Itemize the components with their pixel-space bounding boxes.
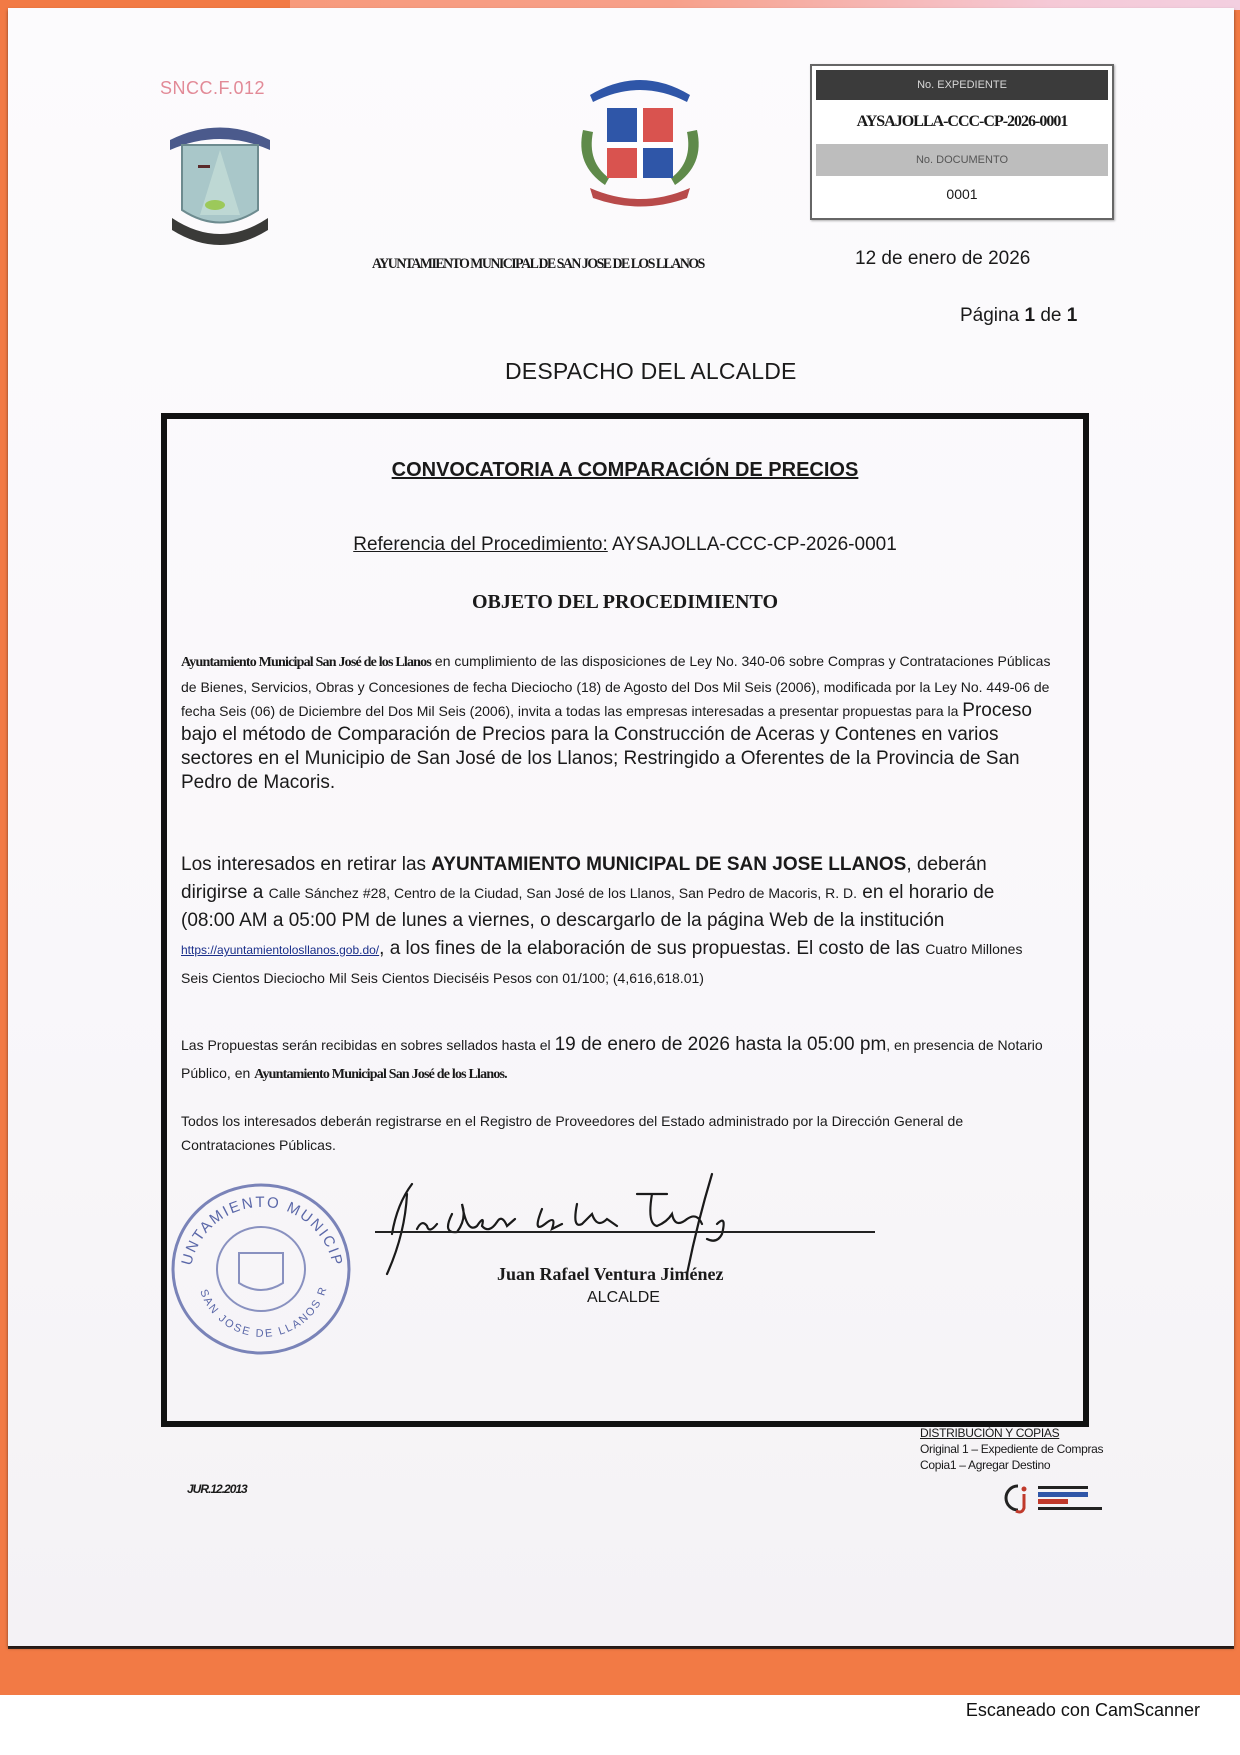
- paragraph-objeto: Ayuntamiento Municipal San José de los L…: [181, 649, 1051, 795]
- address: Calle Sánchez #28, Centro de la Ciudad, …: [269, 885, 857, 901]
- page-prefix: Página: [960, 305, 1019, 326]
- page-current: 1: [1024, 305, 1035, 326]
- svg-text:AYUNTAMIENTO MUNICIPAL: AYUNTAMIENTO MUNICIPAL: [161, 1157, 346, 1268]
- signer-name: Juan Rafael Ventura Jiménez: [497, 1264, 724, 1285]
- municipal-seal-stamp-icon: AYUNTAMIENTO MUNICIPAL DE SAN JOSE DE LL…: [161, 1157, 361, 1357]
- page-number: Página 1 de 1: [960, 305, 1077, 327]
- signature-line: [375, 1231, 875, 1233]
- text: Las Propuestas serán recibidas en sobres…: [181, 1037, 555, 1053]
- website-link[interactable]: https://ayuntamientolosllanos.gob.do/: [181, 943, 379, 957]
- text: , a los fines de la elaboración de sus p…: [379, 938, 925, 959]
- reference-label: Referencia del Procedimiento:: [353, 534, 608, 555]
- expediente-label: No. EXPEDIENTE: [816, 70, 1108, 100]
- procedure-reference: Referencia del Procedimiento: AYSAJOLLA-…: [167, 534, 1083, 556]
- distribution-heading: DISTRIBUCIÓN Y COPIAS: [920, 1425, 1103, 1441]
- institution-name: AYUNTAMIENTO MUNICIPAL DE SAN JOSE DE LO…: [372, 256, 704, 273]
- distribution-line: Original 1 – Expediente de Compras: [920, 1441, 1103, 1457]
- distribution-copies: DISTRIBUCIÓN Y COPIAS Original 1 – Exped…: [920, 1425, 1103, 1473]
- national-coat-of-arms-icon: [575, 70, 705, 210]
- paragraph-deadline: Las Propuestas serán recibidas en sobres…: [181, 1031, 1051, 1089]
- paragraph-registro: Todos los interesados deberán registrars…: [181, 1109, 1051, 1157]
- signer-title: ALCALDE: [587, 1289, 660, 1307]
- announcement-box: CONVOCATORIA A COMPARACIÓN DE PRECIOS Re…: [161, 413, 1089, 1427]
- scanner-watermark: Escaneado con CamScanner: [966, 1700, 1200, 1721]
- reference-value: AYSAJOLLA-CCC-CP-2026-0001: [608, 534, 897, 555]
- objeto-heading: OBJETO DEL PROCEDIMIENTO: [167, 591, 1083, 614]
- form-code: SNCC.F.012: [160, 78, 265, 99]
- dgcp-logo-icon: [1000, 1480, 1110, 1516]
- text: Los interesados en retirar las: [181, 854, 431, 875]
- page-sep: de: [1040, 305, 1061, 326]
- municipal-shield-logo-icon: [160, 110, 280, 250]
- documento-label: No. DOCUMENTO: [816, 144, 1108, 176]
- page-total: 1: [1067, 305, 1078, 326]
- deadline: 19 de enero de 2026 hasta la 05:00 pm: [555, 1034, 887, 1055]
- announcement-title: CONVOCATORIA A COMPARACIÓN DE PRECIOS: [167, 459, 1083, 482]
- distribution-line: Copia1 – Agregar Destino: [920, 1457, 1103, 1473]
- institution-bold: AYUNTAMIENTO MUNICIPAL DE SAN JOSE LLANO…: [431, 854, 906, 875]
- paper-edge-shadow: [8, 1646, 1234, 1649]
- document-date: 12 de enero de 2026: [855, 248, 1030, 270]
- place: Ayuntamiento Municipal San José de los L…: [254, 1067, 507, 1082]
- footer-code: JUR.12.2013: [187, 1482, 247, 1496]
- entity-name: Ayuntamiento Municipal San José de los L…: [181, 655, 431, 670]
- expediente-info-box: No. EXPEDIENTE AYSAJOLLA-CCC-CP-2026-000…: [810, 64, 1114, 220]
- expediente-value: AYSAJOLLA-CCC-CP-2026-0001: [812, 100, 1112, 144]
- documento-value: 0001: [812, 176, 1112, 212]
- paragraph-retiro: Los interesados en retirar las AYUNTAMIE…: [181, 851, 1051, 992]
- office-heading: DESPACHO DEL ALCALDE: [505, 358, 797, 385]
